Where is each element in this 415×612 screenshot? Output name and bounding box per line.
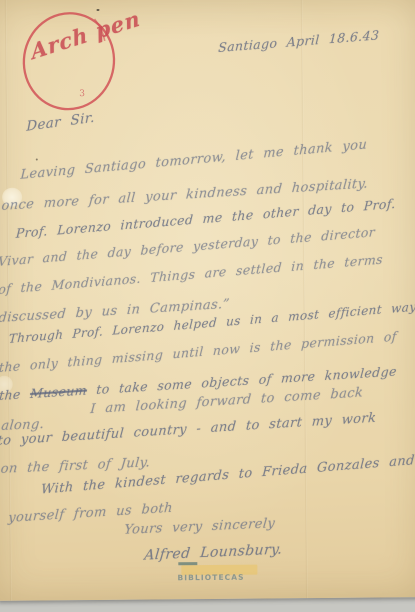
dateline: Santiago April 18.6.43 <box>218 27 380 55</box>
archive-annotation: Arch pen 3 <box>16 7 125 118</box>
closing-line: Yours very sincerely <box>124 516 276 538</box>
body-line: to your beautiful country - and to start… <box>0 411 377 449</box>
library-stamp: BIBLIOTECAS <box>175 561 265 588</box>
paper-crease-right <box>300 0 307 598</box>
library-stamp-bar <box>178 562 197 565</box>
struck-word: Museum <box>30 382 88 401</box>
archive-annotation-mark: 3 <box>79 89 85 99</box>
library-stamp-text: BIBLIOTECAS <box>177 573 244 583</box>
body-line: Leaving Santiago tomorrow, let me thank … <box>20 137 367 182</box>
letter-scan: Arch pen 3 Santiago April 18.6.43Dear Si… <box>0 0 415 612</box>
body-line: on the first of July. <box>0 455 151 477</box>
letter-paper: Arch pen 3 Santiago April 18.6.43Dear Si… <box>0 0 415 601</box>
paper-speck <box>36 158 38 160</box>
